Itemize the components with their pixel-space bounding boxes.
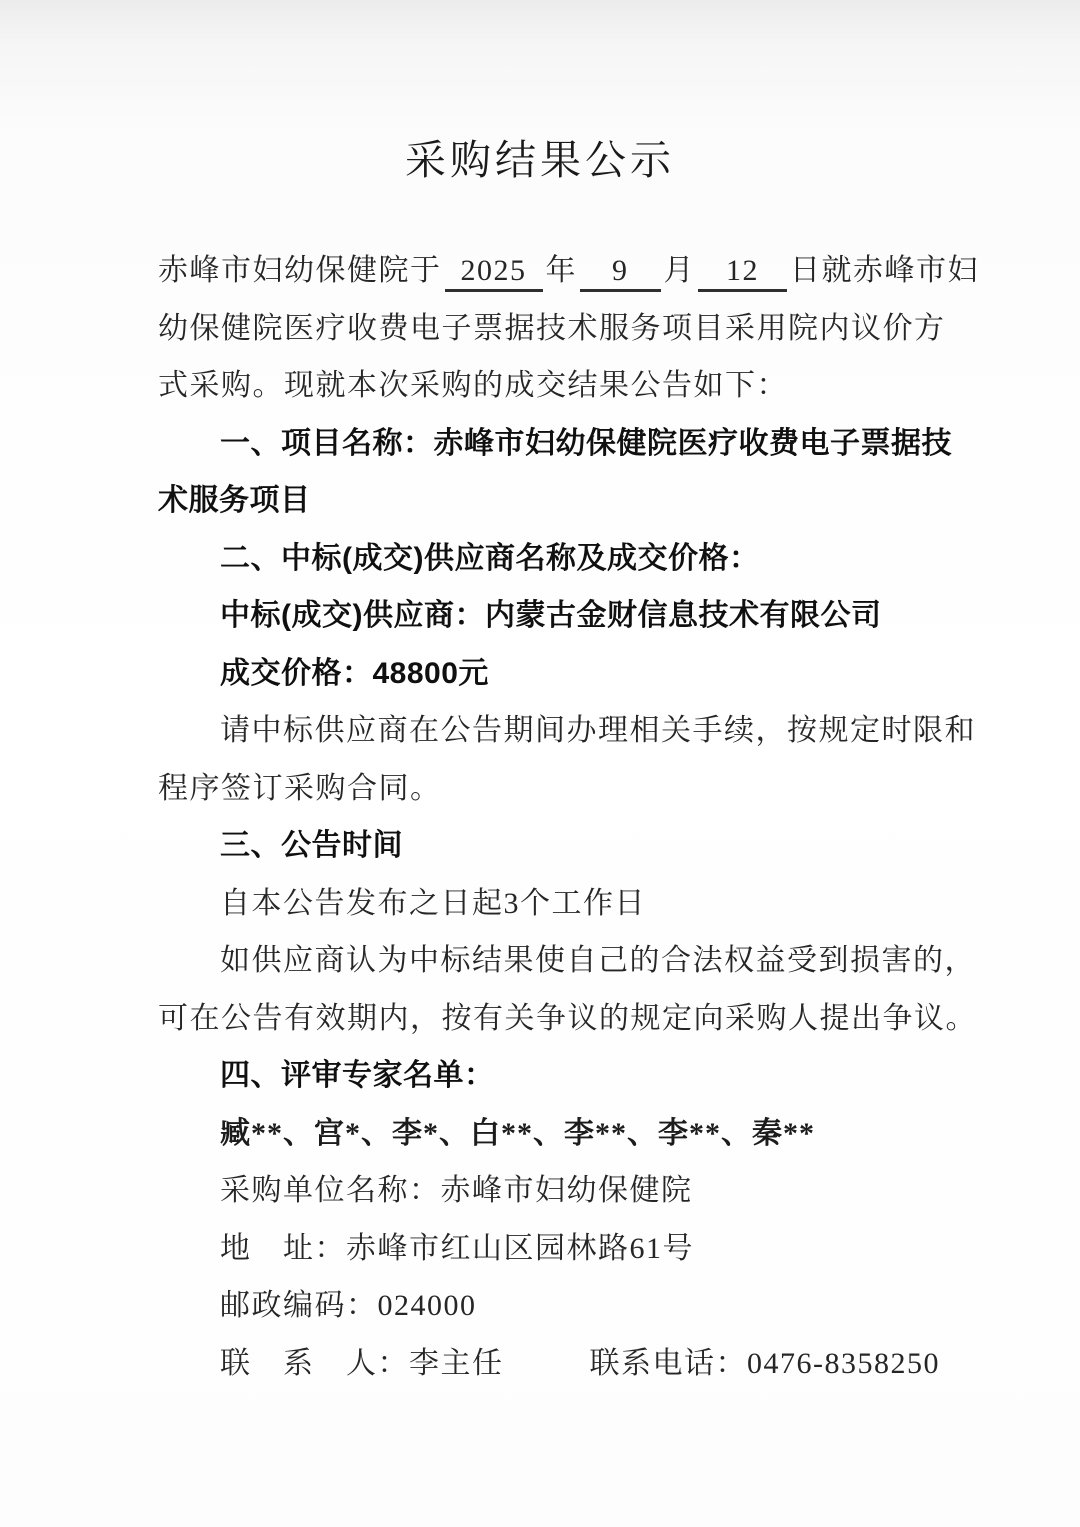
- contact-line: 联 系 人：李主任联系电话：0476-8358250: [158, 1335, 930, 1393]
- dispute-notice-line-2: 可在公告有效期内，按有关争议的规定向采购人提出争议。: [158, 990, 930, 1048]
- intro-line-2: 幼保健院医疗收费电子票据技术服务项目采用院内议价方: [158, 300, 930, 358]
- contract-notice-line-2: 程序签订采购合同。: [158, 760, 930, 818]
- announcement-period-line: 自本公告发布之日起3个工作日: [158, 875, 930, 933]
- date-year-blank: 2025: [445, 254, 543, 292]
- document-body: 赤峰市妇幼保健院于2025年9月12日就赤峰市妇 幼保健院医疗收费电子票据技术服…: [158, 242, 930, 1392]
- contract-notice-line-1: 请中标供应商在公告期间办理相关手续，按规定时限和: [158, 702, 930, 760]
- deal-price-line: 成交价格：48800元: [158, 645, 930, 703]
- section-3-heading: 三、公告时间: [158, 817, 930, 875]
- contact-person-label: 联 系 人：: [220, 1347, 409, 1380]
- section-4-heading: 四、评审专家名单：: [158, 1047, 930, 1105]
- intro-line-3: 式采购。现就本次采购的成交结果公告如下：: [158, 357, 930, 415]
- contact-phone: 联系电话：0476-8358250: [590, 1347, 941, 1380]
- date-day-blank: 12: [698, 254, 787, 292]
- expert-names-line: 臧**、宫*、李*、白**、李**、李**、秦**: [158, 1105, 930, 1163]
- intro-prefix: 赤峰市妇幼保健院于: [158, 254, 442, 287]
- intro-date-line: 赤峰市妇幼保健院于2025年9月12日就赤峰市妇: [158, 242, 930, 300]
- postal-code-line: 邮政编码：024000: [158, 1277, 930, 1335]
- date-month-unit: 月: [664, 254, 696, 287]
- contact-person-value: 李主任: [409, 1347, 504, 1380]
- winning-supplier-line: 中标(成交)供应商：内蒙古金财信息技术有限公司: [158, 587, 930, 645]
- document-page: 采购结果公示 赤峰市妇幼保健院于2025年9月12日就赤峰市妇 幼保健院医疗收费…: [0, 0, 1080, 1527]
- date-month-blank: 9: [580, 254, 661, 292]
- dispute-notice-line-1: 如供应商认为中标结果使自己的合法权益受到损害的，: [158, 932, 930, 990]
- intro-suffix: 日就赤峰市妇: [790, 254, 979, 287]
- contact-phone-label: 联系电话：: [590, 1347, 748, 1380]
- section-2-heading: 二、中标(成交)供应商名称及成交价格：: [158, 530, 930, 588]
- contact-phone-value: 0476-8358250: [747, 1347, 940, 1380]
- section-1-project-name-line-1: 一、项目名称：赤峰市妇幼保健院医疗收费电子票据技: [158, 415, 930, 473]
- date-year-unit: 年: [546, 254, 578, 287]
- address-line: 地 址：赤峰市红山区园林路61号: [158, 1220, 930, 1278]
- purchaser-name-line: 采购单位名称：赤峰市妇幼保健院: [158, 1162, 930, 1220]
- section-1-project-name-line-2: 术服务项目: [158, 472, 930, 530]
- document-title: 采购结果公示: [0, 127, 1080, 186]
- contact-person: 联 系 人：李主任: [220, 1347, 504, 1380]
